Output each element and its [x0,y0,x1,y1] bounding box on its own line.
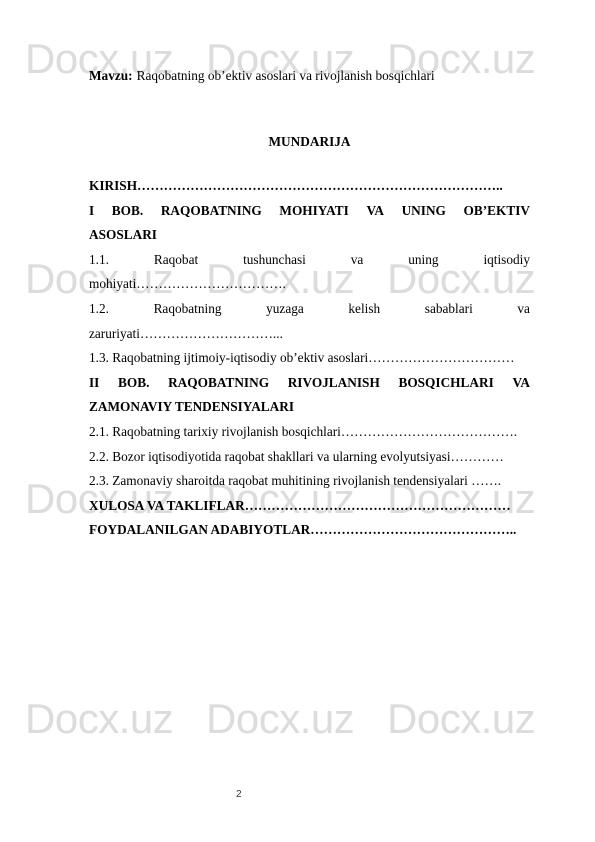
toc-entry-text: mohiyati [89,276,136,291]
toc-word: iqtisodiy [483,248,530,273]
toc-word: yuzaga [266,297,304,322]
toc-entry-2-3[interactable]: 2.3. Zamonaviy sharoitda raqobat muhitin… [89,469,530,494]
toc-entry-2-2[interactable]: 2.2. Bozor iqtisodiyotida raqobat shakll… [89,445,530,470]
table-of-contents: KIRISH………………………………………………………………………..IBOB.… [89,174,530,543]
toc-entry-text: 2.3. Zamonaviy sharoitda raqobat muhitin… [89,473,468,488]
watermark: Docx.uz [25,698,173,740]
toc-entry-conclusion[interactable]: XULOSA VA TAKLIFLAR…………………………………………………… [89,494,530,519]
toc-entry-text: 2.2. Bozor iqtisodiyotida raqobat shakll… [89,449,451,464]
toc-word: II [89,371,99,396]
toc-word: uning [408,248,438,273]
toc-word: OB’EKTIV [464,199,531,224]
toc-word: RAQOBATNING [168,371,269,396]
toc-word: tushunchasi [243,248,306,273]
topic-line: Mavzu:Raqobatning ob’ektiv asoslari va r… [89,68,435,84]
toc-word: 1.1. [89,248,109,273]
toc-entry-chapter-2[interactable]: IIBOB.RAQOBATNINGRIVOJLANISHBOSQICHLARIV… [89,371,530,396]
toc-word: kelish [348,297,380,322]
toc-leader-dots: ……………………………. [136,276,286,291]
toc-word: BOB. [112,199,143,224]
toc-entry-1-2[interactable]: 1.2.Raqobatningyuzagakelishsabablariva [89,297,530,322]
toc-word: Raqobatning [154,297,222,322]
toc-entry-text: ASOSLARI [89,227,157,242]
toc-leader-dots: …………………………………………………… [245,498,511,513]
toc-word: UNING [402,199,446,224]
toc-leader-dots: …………………………... [140,326,283,341]
toc-leader-dots: …………………………………. [341,424,517,439]
toc-word: Raqobat [154,248,198,273]
toc-entry-references[interactable]: FOYDALANILGAN ADABIYOTLAR………………………………………… [89,518,530,543]
toc-word: sabablari [425,297,473,322]
toc-entry-1-3[interactable]: 1.3. Raqobatning ijtimoiy-iqtisodiy ob’e… [89,346,530,371]
toc-word: 1.2. [89,297,109,322]
toc-word: BOSQICHLARI [398,371,493,396]
toc-entry-text: 1.3. Raqobatning ijtimoiy-iqtisodiy ob’e… [89,350,368,365]
toc-leader-dots: …………………………… [368,350,514,365]
toc-entry-text: 2.1. Raqobatning tarixiy rivojlanish bos… [89,424,341,439]
watermark: Docx.uz [387,698,535,740]
toc-entry-text: FOYDALANILGAN ADABIYOTLAR [89,522,310,537]
toc-leader-dots: ……………………………………….. [310,522,516,537]
toc-word: MOHIYATI [279,199,348,224]
toc-entry-text: zaruriyati [89,326,140,341]
toc-entry-text: KIRISH [89,178,137,193]
toc-entry-chapter-1[interactable]: IBOB.RAQOBATNINGMOHIYATIVAUNINGOB’EKTIV [89,199,530,224]
toc-title: MUNDARIJA [89,134,530,150]
toc-leader-dots: ……. [468,473,501,488]
toc-entry-1-1[interactable]: 1.1.Raqobattushunchasivauningiqtisodiy [89,248,530,273]
toc-leader-dots: ………… [451,449,504,464]
toc-word: va [351,248,364,273]
toc-word: I [89,199,94,224]
toc-entry-text: XULOSA VA TAKLIFLAR [89,498,245,513]
toc-word: VA [366,199,384,224]
toc-word: VA [512,371,530,396]
toc-entry-chapter-2-cont[interactable]: ZAMONAVIY TENDENSIYALARI [89,395,530,420]
watermark: Docx.uz [206,698,354,740]
toc-entry-1-1-cont[interactable]: mohiyati……………………………. [89,272,530,297]
toc-word: RIVOJLANISH [288,371,380,396]
toc-word: va [517,297,530,322]
toc-entry-chapter-1-cont[interactable]: ASOSLARI [89,223,530,248]
toc-word: RAQOBATNING [161,199,262,224]
toc-entry-2-1[interactable]: 2.1. Raqobatning tarixiy rivojlanish bos… [89,420,530,445]
page-number: 2 [236,789,242,800]
toc-entry-1-2-cont[interactable]: zaruriyati…………………………... [89,322,530,347]
topic-label: Mavzu: [89,68,133,83]
toc-word: BOB. [118,371,149,396]
toc-leader-dots: ……………………………………………………………………….. [137,178,503,193]
topic-value: Raqobatning ob’ektiv asoslari va rivojla… [137,68,435,83]
toc-entry-kirish[interactable]: KIRISH……………………………………………………………………….. [89,174,530,199]
toc-entry-text: ZAMONAVIY TENDENSIYALARI [89,399,294,414]
